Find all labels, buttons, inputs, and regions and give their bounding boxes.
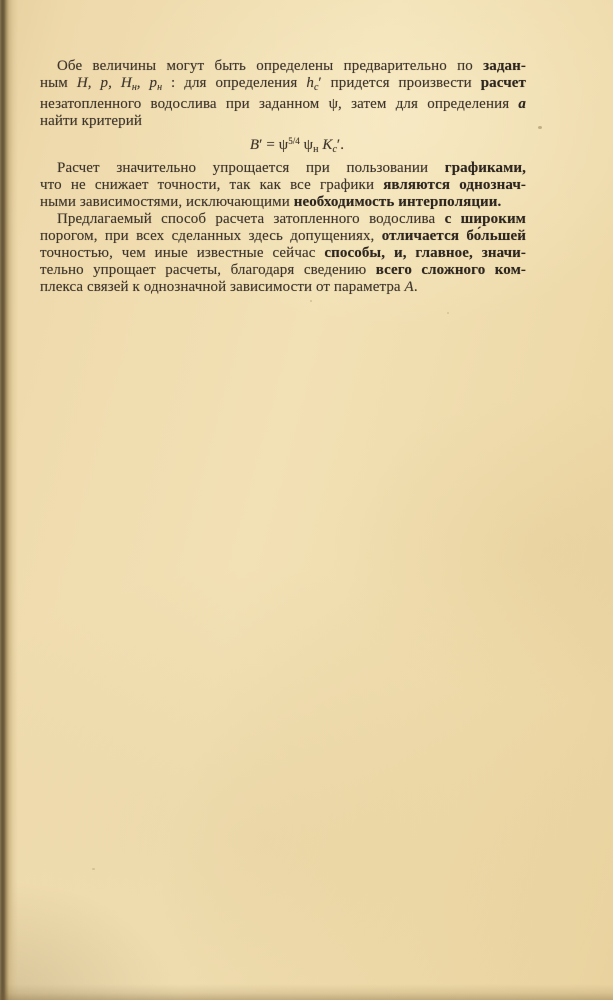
formula-segment: ′ = ψ [259, 137, 288, 153]
paragraph-1: Обе величины могут быть определены предв… [40, 58, 526, 130]
paragraph-2: Расчет значительно упрощается при пользо… [40, 160, 526, 211]
variable: K [318, 137, 332, 153]
text-block: Обе величины могут быть определены предв… [40, 58, 526, 296]
formula-segment: ′. [337, 137, 344, 153]
text-segment: что не снижает точности, так как все гра… [40, 177, 383, 193]
variable: , p [137, 75, 157, 91]
text-line: ными зависимостями, исключающими необход… [40, 194, 526, 211]
text-segment: отличается бо́льшей [382, 228, 526, 244]
page-left-edge-shadow [0, 0, 18, 1000]
paragraph-3: Предлагаемый способ расчета затопленного… [40, 211, 526, 296]
text-segment: расчет [481, 75, 526, 91]
formula: B′ = ψ5/4 ψн Kc′. [40, 133, 526, 158]
formula-segment: ψ [300, 137, 313, 153]
text-segment: ными зависимостями, исключающими [40, 194, 294, 210]
text-segment: графиками, [445, 160, 526, 176]
text-line: плекса связей к однозначной зависимости … [40, 279, 526, 296]
text-segment: необходимость интерполяции. [294, 194, 502, 210]
text-segment: с широким [445, 211, 526, 227]
paper-speck [92, 868, 95, 870]
text-line: точностью, чем иные известные сейчас спо… [40, 245, 526, 262]
text-segment: ′ придется произвести [318, 75, 480, 91]
text-line: найти критерий [40, 113, 526, 130]
text-line: Предлагаемый способ расчета затопленного… [40, 211, 526, 228]
text-line: порогом, при всех сделанных здесь допуще… [40, 228, 526, 245]
text-segment: Расчет значительно упрощается при пользо… [57, 160, 445, 176]
text-segment: незатопленного водослива при заданном ψ,… [40, 96, 518, 112]
text-line: Расчет значительно упрощается при пользо… [40, 160, 526, 177]
text-line: ным H, p, Hн, pн : для определения hc′ п… [40, 75, 526, 96]
text-segment: плекса связей к однозначной зависимости … [40, 279, 405, 295]
text-segment: Обе величины могут быть определены предв… [57, 58, 483, 74]
text-line: что не снижает точности, так как все гра… [40, 177, 526, 194]
superscript-exponent: 5/4 [288, 136, 300, 146]
text-segment: : для определения [162, 75, 306, 91]
paper-speck [538, 126, 542, 129]
text-segment: порогом, при всех сделанных здесь допуще… [40, 228, 382, 244]
text-segment: точностью, чем иные известные сейчас [40, 245, 324, 261]
text-line: Обе величины могут быть определены предв… [40, 58, 526, 75]
text-segment: являются однознач- [383, 177, 526, 193]
variable: a [518, 96, 526, 112]
paper-speck [447, 312, 449, 314]
text-segment: всего сложного ком- [376, 262, 526, 278]
text-segment: способы, и, главное, значи- [324, 245, 526, 261]
variable: B [250, 137, 259, 153]
text-segment: Предлагаемый способ расчета затопленного… [57, 211, 445, 227]
variable: H, p, H [77, 75, 132, 91]
text-line: незатопленного водослива при заданном ψ,… [40, 96, 526, 113]
text-line: тельно упрощает расчеты, благодаря сведе… [40, 262, 526, 279]
variable: h [306, 75, 314, 91]
paper-speck [310, 300, 312, 302]
scanned-book-page: Обе величины могут быть определены предв… [0, 0, 613, 1000]
text-segment: ным [40, 75, 77, 91]
text-segment: найти критерий [40, 113, 142, 129]
page-bottom-edge-shadow [0, 984, 613, 1000]
text-segment: тельно упрощает расчеты, благодаря сведе… [40, 262, 376, 278]
text-segment: задан- [483, 58, 526, 74]
variable: A [405, 279, 414, 295]
text-segment: . [414, 279, 418, 295]
